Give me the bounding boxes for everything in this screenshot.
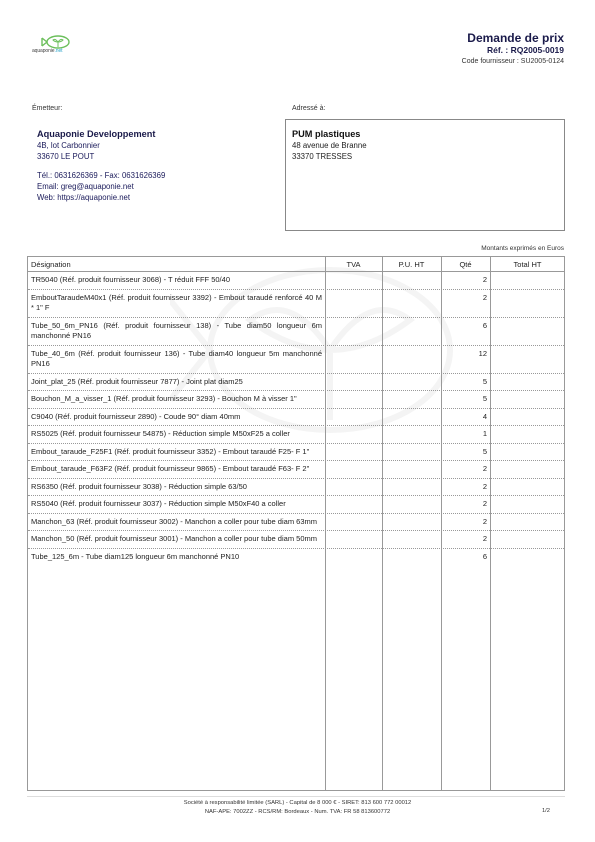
column-header-total: Total HT bbox=[490, 260, 565, 269]
recipient-box: PUM plastiques 48 avenue de Branne 33370… bbox=[285, 119, 565, 231]
document-title: Demande de prix bbox=[467, 31, 564, 45]
cell-quantity: 2 bbox=[442, 464, 487, 473]
table-row: Embout_taraude_F63F2 (Réf. produit fourn… bbox=[28, 461, 564, 479]
cell-designation: Tube_50_6m_PN16 (Réf. produit fournisseu… bbox=[28, 318, 325, 345]
recipient-block: PUM plastiques 48 avenue de Branne 33370… bbox=[292, 128, 367, 162]
document-reference: Réf. : RQ2005-0019 bbox=[487, 45, 564, 55]
sender-label: Émetteur: bbox=[32, 105, 62, 112]
column-header-tva: TVA bbox=[325, 260, 382, 269]
table-row: C9040 (Réf. produit fournisseur 2890) - … bbox=[28, 409, 564, 427]
cell-designation: RS5025 (Réf. produit fournisseur 54875) … bbox=[28, 426, 325, 443]
table-row: Joint_plat_25 (Réf. produit fournisseur … bbox=[28, 374, 564, 392]
table-row: Tube_50_6m_PN16 (Réf. produit fournisseu… bbox=[28, 318, 564, 346]
recipient-address-line1: 48 avenue de Branne bbox=[292, 140, 367, 151]
table-row: RS6350 (Réf. produit fournisseur 3038) -… bbox=[28, 479, 564, 497]
table-row: Tube_40_6m (Réf. produit fournisseur 136… bbox=[28, 346, 564, 374]
sender-phone: Tél.: 0631626369 - Fax: 0631626369 bbox=[37, 170, 165, 181]
sender-address-line2: 33670 LE POUT bbox=[37, 151, 165, 162]
table-row: TR5040 (Réf. produit fournisseur 3068) -… bbox=[28, 272, 564, 290]
recipient-name: PUM plastiques bbox=[292, 128, 367, 140]
table-body: TR5040 (Réf. produit fournisseur 3068) -… bbox=[28, 272, 564, 565]
cell-quantity: 5 bbox=[442, 377, 487, 386]
table-row: Tube_125_6m - Tube diam125 longueur 6m m… bbox=[28, 549, 564, 566]
cell-quantity: 2 bbox=[442, 534, 487, 543]
sender-address-line1: 4B, lot Carbonnier bbox=[37, 140, 165, 151]
table-row: Manchon_50 (Réf. produit fournisseur 300… bbox=[28, 531, 564, 549]
footer-line2: NAF-APE: 7002ZZ - RCS/RM: Bordeaux - Num… bbox=[0, 808, 595, 817]
cell-quantity: 4 bbox=[442, 412, 487, 421]
table-row: Manchon_63 (Réf. produit fournisseur 300… bbox=[28, 514, 564, 532]
logo-wordmark: aquaponie.net bbox=[32, 48, 62, 54]
cell-quantity: 2 bbox=[442, 275, 487, 284]
cell-quantity: 6 bbox=[442, 321, 487, 330]
cell-designation: EmboutTaraudeM40x1 (Réf. produit fournis… bbox=[28, 290, 325, 317]
cell-designation: Embout_taraude_F63F2 (Réf. produit fourn… bbox=[28, 461, 325, 478]
cell-designation: RS6350 (Réf. produit fournisseur 3038) -… bbox=[28, 479, 325, 496]
recipient-label: Adressé à: bbox=[292, 105, 325, 112]
legal-footer: Société à responsabilité limitée (SARL) … bbox=[0, 799, 595, 816]
cell-quantity: 2 bbox=[442, 482, 487, 491]
cell-designation: RS5040 (Réf. produit fournisseur 3037) -… bbox=[28, 496, 325, 513]
cell-designation: Manchon_50 (Réf. produit fournisseur 300… bbox=[28, 531, 325, 548]
cell-quantity: 2 bbox=[442, 517, 487, 526]
cell-designation: Joint_plat_25 (Réf. produit fournisseur … bbox=[28, 374, 325, 391]
cell-quantity: 2 bbox=[442, 293, 487, 302]
cell-designation: Bouchon_M_a_visser_1 (Réf. produit fourn… bbox=[28, 391, 325, 408]
cell-quantity: 5 bbox=[442, 447, 487, 456]
footer-divider bbox=[27, 796, 565, 797]
sender-web: Web: https://aquaponie.net bbox=[37, 192, 165, 203]
cell-designation: Manchon_63 (Réf. produit fournisseur 300… bbox=[28, 514, 325, 531]
sender-block: Aquaponie Developpement 4B, lot Carbonni… bbox=[37, 128, 165, 203]
table-row: Bouchon_M_a_visser_1 (Réf. produit fourn… bbox=[28, 391, 564, 409]
footer-line1: Société à responsabilité limitée (SARL) … bbox=[0, 799, 595, 808]
cell-designation: Tube_40_6m (Réf. produit fournisseur 136… bbox=[28, 346, 325, 373]
table-row: Embout_taraude_F25F1 (Réf. produit fourn… bbox=[28, 444, 564, 462]
cell-quantity: 5 bbox=[442, 394, 487, 403]
cell-designation: Tube_125_6m - Tube diam125 longueur 6m m… bbox=[28, 549, 325, 566]
cell-quantity: 6 bbox=[442, 552, 487, 561]
supplier-code: Code fournisseur : SU2005-0124 bbox=[462, 58, 564, 65]
table-row: EmboutTaraudeM40x1 (Réf. produit fournis… bbox=[28, 290, 564, 318]
items-table: Désignation TVA P.U. HT Qté Total HT TR5… bbox=[27, 256, 565, 791]
cell-quantity: 1 bbox=[442, 429, 487, 438]
currency-note: Montants exprimés en Euros bbox=[481, 245, 564, 252]
table-row: RS5025 (Réf. produit fournisseur 54875) … bbox=[28, 426, 564, 444]
cell-designation: C9040 (Réf. produit fournisseur 2890) - … bbox=[28, 409, 325, 426]
column-header-unit-price: P.U. HT bbox=[382, 260, 441, 269]
column-header-designation: Désignation bbox=[31, 260, 71, 269]
sender-name: Aquaponie Developpement bbox=[37, 128, 165, 140]
recipient-address-line2: 33370 TRESSES bbox=[292, 151, 367, 162]
page-number: 1/2 bbox=[542, 808, 550, 814]
column-header-quantity: Qté bbox=[441, 260, 490, 269]
cell-quantity: 12 bbox=[442, 349, 487, 358]
cell-designation: TR5040 (Réf. produit fournisseur 3068) -… bbox=[28, 272, 325, 289]
table-header: Désignation TVA P.U. HT Qté Total HT bbox=[28, 257, 564, 272]
cell-designation: Embout_taraude_F25F1 (Réf. produit fourn… bbox=[28, 444, 325, 461]
table-row: RS5040 (Réf. produit fournisseur 3037) -… bbox=[28, 496, 564, 514]
cell-quantity: 2 bbox=[442, 499, 487, 508]
sender-email: Email: greg@aquaponie.net bbox=[37, 181, 165, 192]
